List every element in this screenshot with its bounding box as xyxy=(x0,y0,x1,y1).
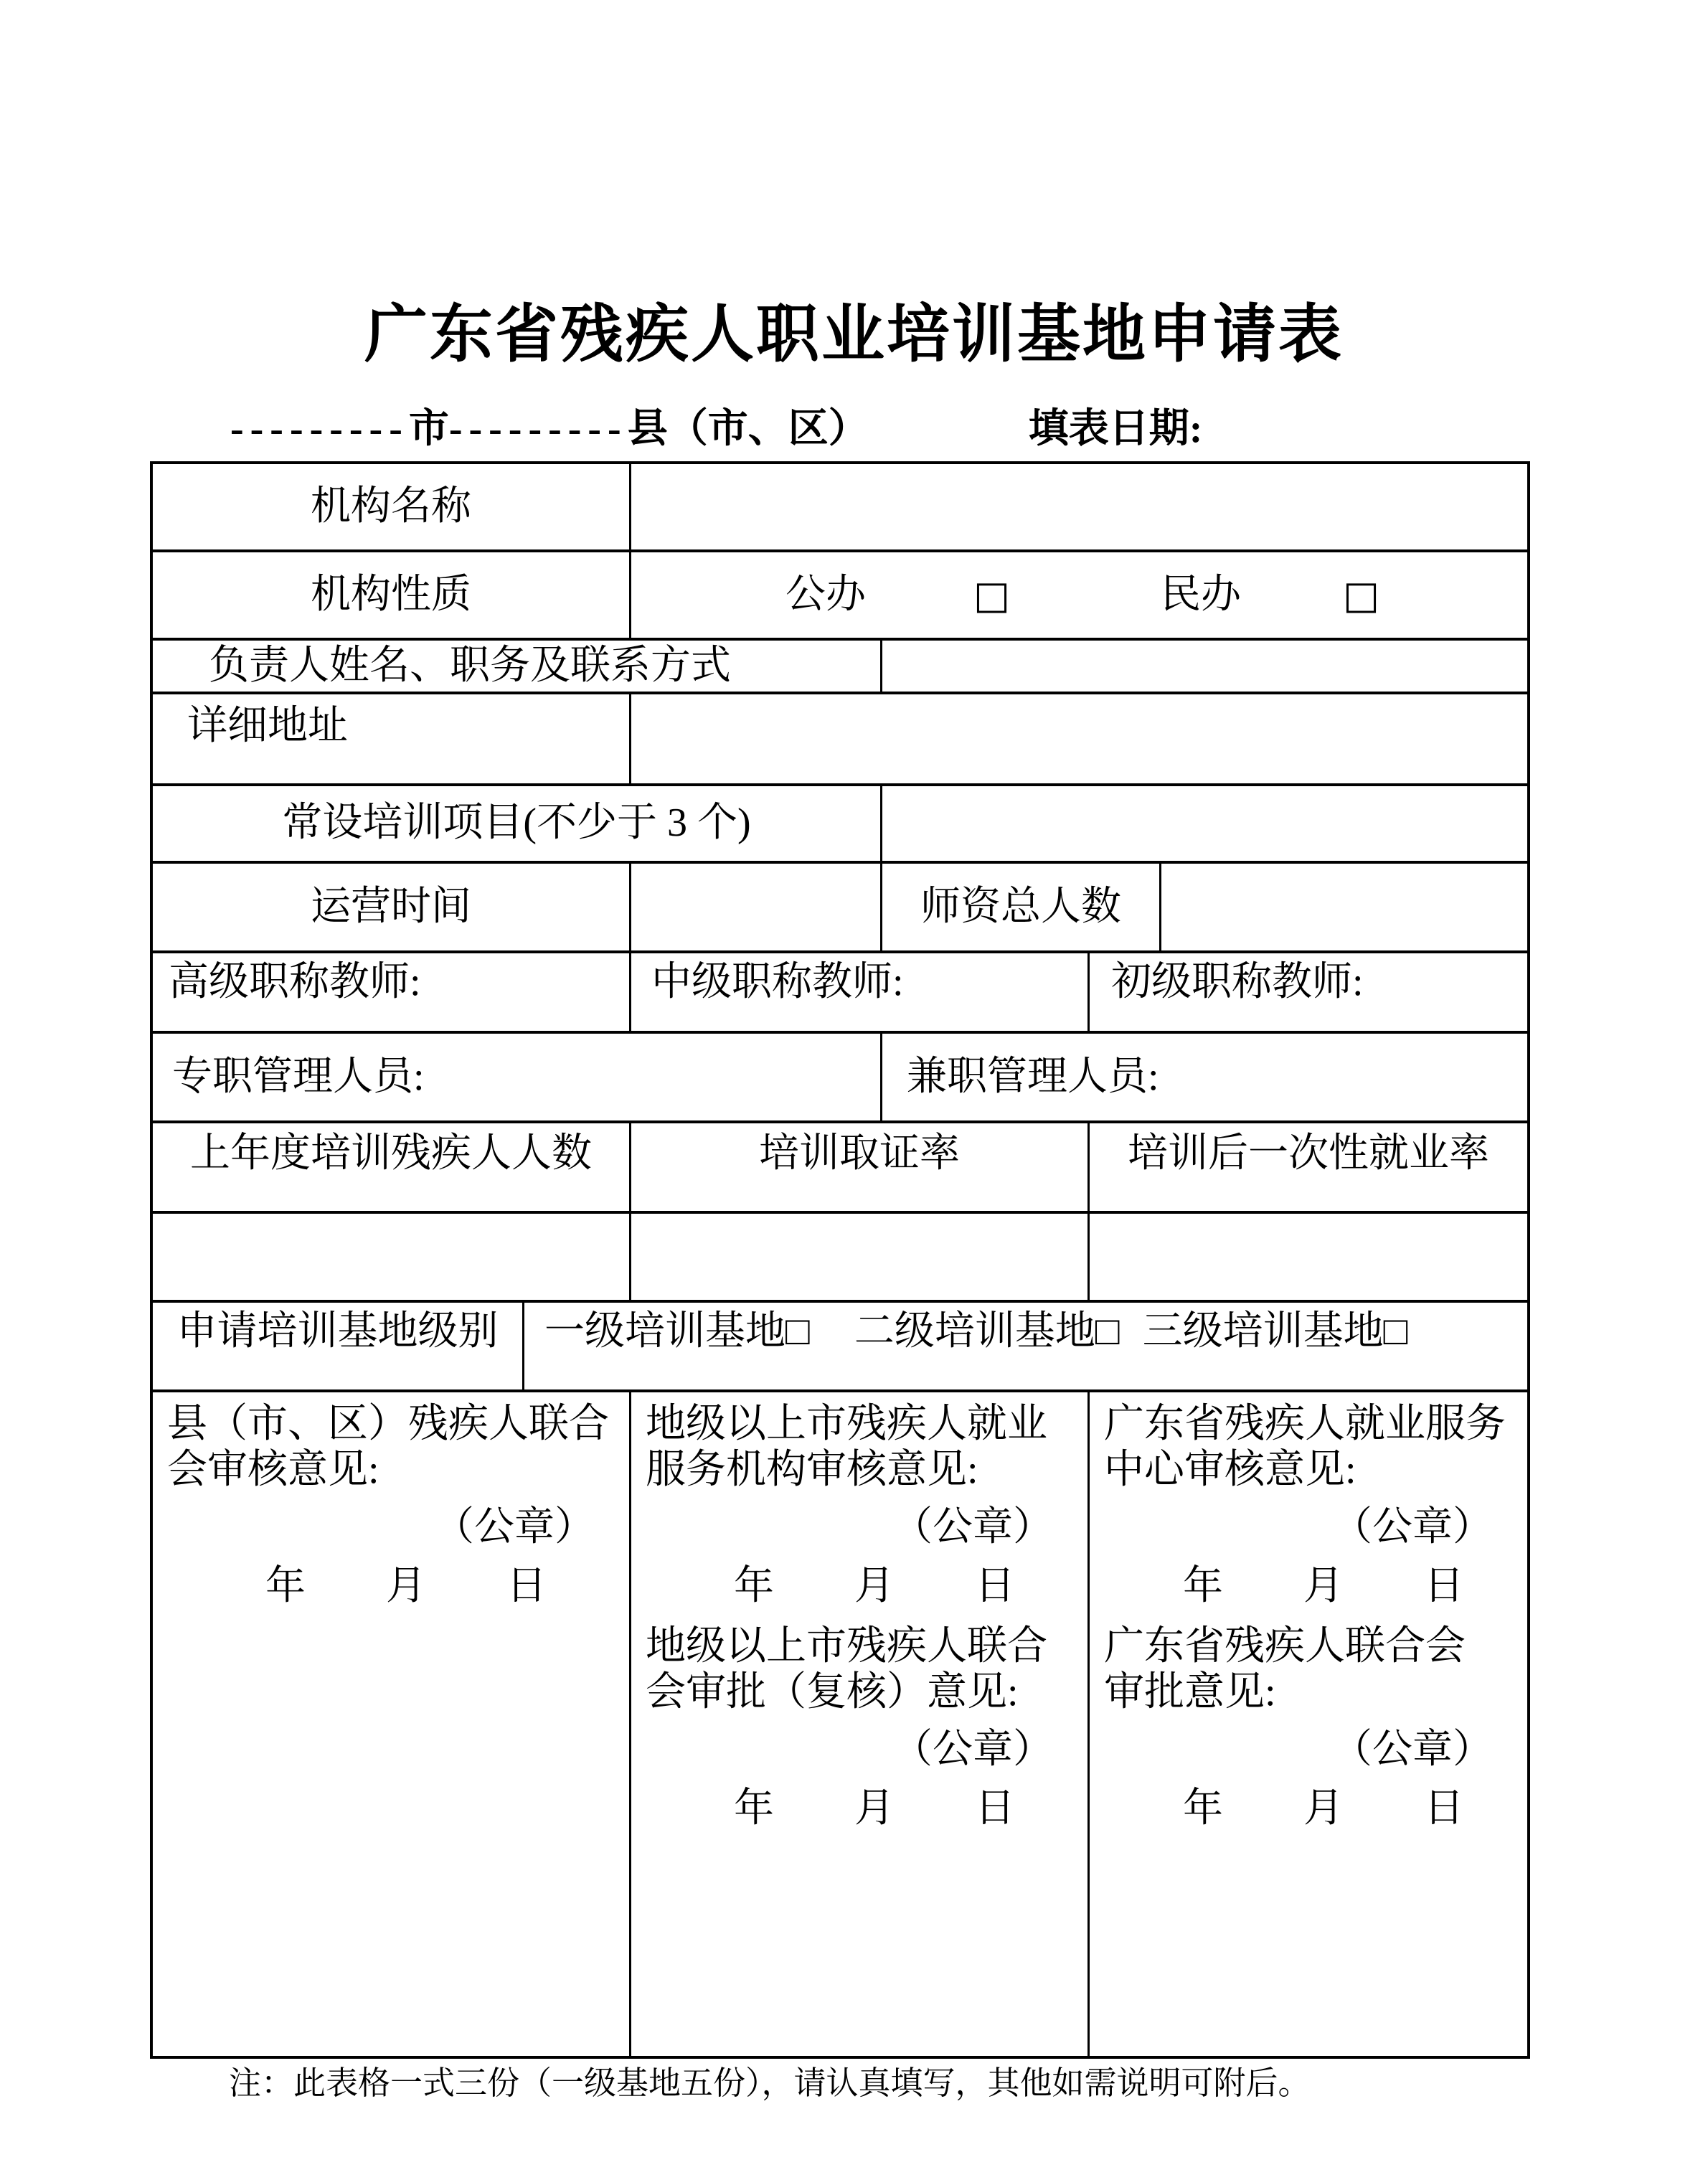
province-federation-header: 广东省残疾人联合会审批意见: xyxy=(1104,1623,1477,1715)
address-label: 详细地址 xyxy=(187,704,348,748)
org-name-label-cell: 机构名称 xyxy=(153,464,629,549)
city-approval-cell: 地级以上市残疾人就业服务机构审核意见: （公章） 年 月 日 地级以上市残疾人联… xyxy=(629,1392,1087,2056)
row-stats-values xyxy=(153,1211,1527,1300)
org-nature-value-cell: 公办 □ 民办 □ xyxy=(629,552,1527,638)
province-center-date-line: 年 月 日 xyxy=(1104,1563,1514,1609)
row-base-level: 申请培训基地级别 一级培训基地□ 二级培训基地□ 三级培训基地□ xyxy=(153,1300,1527,1389)
base-level-options-cell: 一级培训基地□ 二级培训基地□ 三级培训基地□ xyxy=(522,1303,1527,1389)
city-review-date-line: 年 月 日 xyxy=(646,1563,1075,1609)
principal-label: 负责人姓名、职务及联系方式 xyxy=(153,644,731,689)
middle-teacher-label: 中级职称教师: xyxy=(651,960,904,1004)
cert-rate-label: 培训取证率 xyxy=(759,1131,960,1176)
address-value-cell xyxy=(629,694,1527,783)
org-name-label: 机构名称 xyxy=(311,485,471,529)
row-org-name: 机构名称 xyxy=(153,464,1527,549)
city-federation-seal-label: （公章） xyxy=(646,1727,1075,1773)
faculty-label-cell: 师资总人数 xyxy=(880,864,1159,950)
footer-note: 注：此表格一式三份（一级基地五份），请认真填写，其他如需说明可附后。 xyxy=(229,2064,1311,2103)
city-review-seal-label: （公章） xyxy=(646,1504,1075,1550)
private-checkbox-icon: □ xyxy=(1343,574,1379,616)
employment-rate-label-cell: 培训后一次性就业率 xyxy=(1087,1123,1527,1211)
junior-teacher-cell: 初级职称教师: xyxy=(1087,953,1527,1031)
county-approval-header: 县（市、区）残疾人联合会审核意见: xyxy=(167,1401,616,1493)
city-blank-line: --------- xyxy=(230,407,409,451)
programs-label-cell: 常设培训项目(不少于 3 个) xyxy=(153,786,880,861)
province-approval-cell: 广东省残疾人就业服务中心审核意见: （公章） 年 月 日 广东省残疾人联合会审批… xyxy=(1087,1392,1527,2056)
middle-teacher-cell: 中级职称教师: xyxy=(629,953,1087,1031)
operation-label: 运营时间 xyxy=(311,885,471,930)
fill-date-label: 填表日期: xyxy=(1029,407,1203,451)
cert-rate-label-cell: 培训取证率 xyxy=(629,1123,1087,1211)
row-org-nature: 机构性质 公办 □ 民办 □ xyxy=(153,549,1527,638)
base-level-label: 申请培训基地级别 xyxy=(177,1309,499,1354)
province-federation-seal-label: （公章） xyxy=(1104,1727,1514,1773)
city-review-header: 地级以上市残疾人就业服务机构审核意见: xyxy=(646,1401,1075,1493)
county-blank-line: --------- xyxy=(449,407,628,451)
trained-count-label: 上年度培训残疾人人数 xyxy=(190,1131,592,1176)
province-federation-date-line: 年 月 日 xyxy=(1104,1785,1514,1831)
senior-teacher-label: 高级职称教师: xyxy=(169,960,421,1004)
programs-label: 常设培训项目(不少于 3 个) xyxy=(282,801,750,846)
address-label-cell: 详细地址 xyxy=(153,694,629,783)
public-option-label: 公办 xyxy=(785,573,866,618)
trained-count-value-cell xyxy=(153,1214,629,1300)
row-stats-header: 上年度培训残疾人人数 培训取证率 培训后一次性就业率 xyxy=(153,1120,1527,1211)
county-date-line: 年 月 日 xyxy=(167,1563,616,1609)
form-subtitle: ---------市---------县（市、区）填表日期: xyxy=(230,406,1579,452)
row-operation-faculty: 运营时间 师资总人数 xyxy=(153,861,1527,950)
level-option-1: 一级培训基地□ xyxy=(544,1310,810,1389)
fulltime-manager-label: 专职管理人员: xyxy=(153,1055,425,1100)
org-name-value-cell xyxy=(629,464,1527,549)
form-title: 广东省残疾人职业培训基地申请表 xyxy=(0,301,1708,371)
cert-rate-value-cell xyxy=(629,1214,1087,1300)
private-option-label: 民办 xyxy=(1161,573,1241,618)
org-nature-label-cell: 机构性质 xyxy=(153,552,629,638)
parttime-manager-cell: 兼职管理人员: xyxy=(880,1034,1527,1120)
row-principal: 负责人姓名、职务及联系方式 xyxy=(153,638,1527,692)
county-label: 县（市、区） xyxy=(628,407,869,451)
level-option-2: 二级培训基地□ xyxy=(854,1310,1120,1389)
row-programs: 常设培训项目(不少于 3 个) xyxy=(153,783,1527,861)
programs-value-cell xyxy=(880,786,1527,861)
trained-count-label-cell: 上年度培训残疾人人数 xyxy=(153,1123,629,1211)
org-nature-label: 机构性质 xyxy=(311,573,471,618)
application-table: 机构名称 机构性质 公办 □ 民办 □ 负责人姓名、职务及联系方式 xyxy=(150,461,1530,2059)
province-center-header: 广东省残疾人就业服务中心审核意见: xyxy=(1104,1401,1514,1493)
county-seal-label: （公章） xyxy=(167,1504,616,1550)
employment-rate-value-cell xyxy=(1087,1214,1527,1300)
base-level-label-cell: 申请培训基地级别 xyxy=(153,1303,522,1389)
principal-label-cell: 负责人姓名、职务及联系方式 xyxy=(153,641,880,692)
row-approval: 县（市、区）残疾人联合会审核意见: （公章） 年 月 日 地级以上市残疾人就业服… xyxy=(153,1389,1527,2056)
city-federation-date-line: 年 月 日 xyxy=(646,1785,1075,1831)
faculty-value-cell xyxy=(1159,864,1527,950)
row-address: 详细地址 xyxy=(153,692,1527,783)
fulltime-manager-cell: 专职管理人员: xyxy=(153,1034,880,1120)
principal-value-cell xyxy=(880,641,1527,692)
row-managers: 专职管理人员: 兼职管理人员: xyxy=(153,1031,1527,1120)
row-teachers: 高级职称教师: 中级职称教师: 初级职称教师: xyxy=(153,950,1527,1031)
faculty-label: 师资总人数 xyxy=(920,885,1121,930)
senior-teacher-cell: 高级职称教师: xyxy=(153,953,629,1031)
operation-value-cell xyxy=(629,864,880,950)
city-label: 市 xyxy=(409,407,449,451)
level-option-3: 三级培训基地□ xyxy=(1143,1310,1408,1389)
public-checkbox-icon: □ xyxy=(973,574,1010,616)
city-federation-header: 地级以上市残疾人联合会审批（复核）意见: xyxy=(646,1623,1075,1715)
employment-rate-label: 培训后一次性就业率 xyxy=(1128,1131,1489,1176)
parttime-manager-label: 兼职管理人员: xyxy=(882,1055,1159,1100)
county-approval-cell: 县（市、区）残疾人联合会审核意见: （公章） 年 月 日 xyxy=(153,1392,629,2056)
operation-label-cell: 运营时间 xyxy=(153,864,629,950)
junior-teacher-label: 初级职称教师: xyxy=(1111,960,1364,1004)
application-form-page: 广东省残疾人职业培训基地申请表 ---------市---------县（市、区… xyxy=(0,0,1708,2180)
province-center-seal-label: （公章） xyxy=(1104,1504,1514,1550)
